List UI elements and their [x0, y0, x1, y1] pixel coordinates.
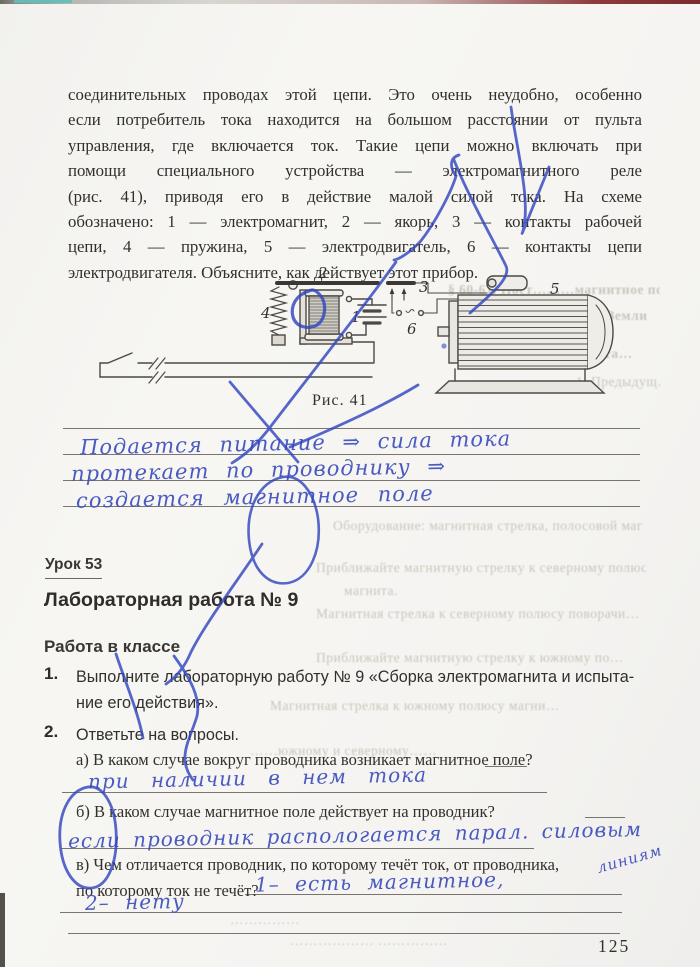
item-2-text: Ответьте на вопросы. — [76, 722, 648, 748]
item-1-text: Выполните лабораторную работу № 9 «Сборк… — [76, 664, 642, 716]
motor-cap — [588, 295, 613, 369]
lesson-heading: Урок 53 — [45, 556, 102, 579]
question-b: б) В каком случае магнитное поле действу… — [76, 802, 495, 822]
item-2-number: 2. — [44, 722, 58, 742]
figure-label-4: 4 — [260, 304, 271, 322]
figure-label-2: 2 — [317, 264, 328, 282]
page-number: 125 — [598, 936, 630, 957]
figure-caption: Рис. 41 — [312, 392, 368, 410]
lab-title-heading: Лабораторная работа № 9 — [44, 589, 298, 612]
motor-body — [458, 295, 588, 369]
figure-label-5: 5 — [550, 280, 560, 298]
figure-label-3: 3 — [419, 278, 429, 296]
coil-terminal — [346, 332, 351, 337]
text-line: Выполните лабораторную работу № 9 «Сборк… — [76, 664, 642, 690]
workbook-page: соединительных проводах этой цепи. Это о… — [0, 0, 700, 967]
motor-shaft — [438, 327, 449, 336]
top-wire — [100, 353, 374, 363]
item-1-number: 1. — [44, 664, 58, 684]
spring — [271, 287, 286, 335]
coil-terminal — [346, 296, 351, 301]
figure-label-1: 1 — [351, 308, 361, 326]
motor-base — [436, 381, 604, 393]
ruled-line — [68, 933, 620, 934]
text-line: ние его действия». — [76, 690, 642, 716]
motor-end-plate — [449, 301, 458, 363]
tilde-mark — [406, 310, 414, 313]
classwork-heading: Работа в классе — [44, 637, 180, 657]
figure-label-6: 6 — [407, 320, 417, 338]
handwritten-answer-c2: 2– нету — [85, 889, 185, 915]
wire-break-marks — [149, 358, 165, 383]
